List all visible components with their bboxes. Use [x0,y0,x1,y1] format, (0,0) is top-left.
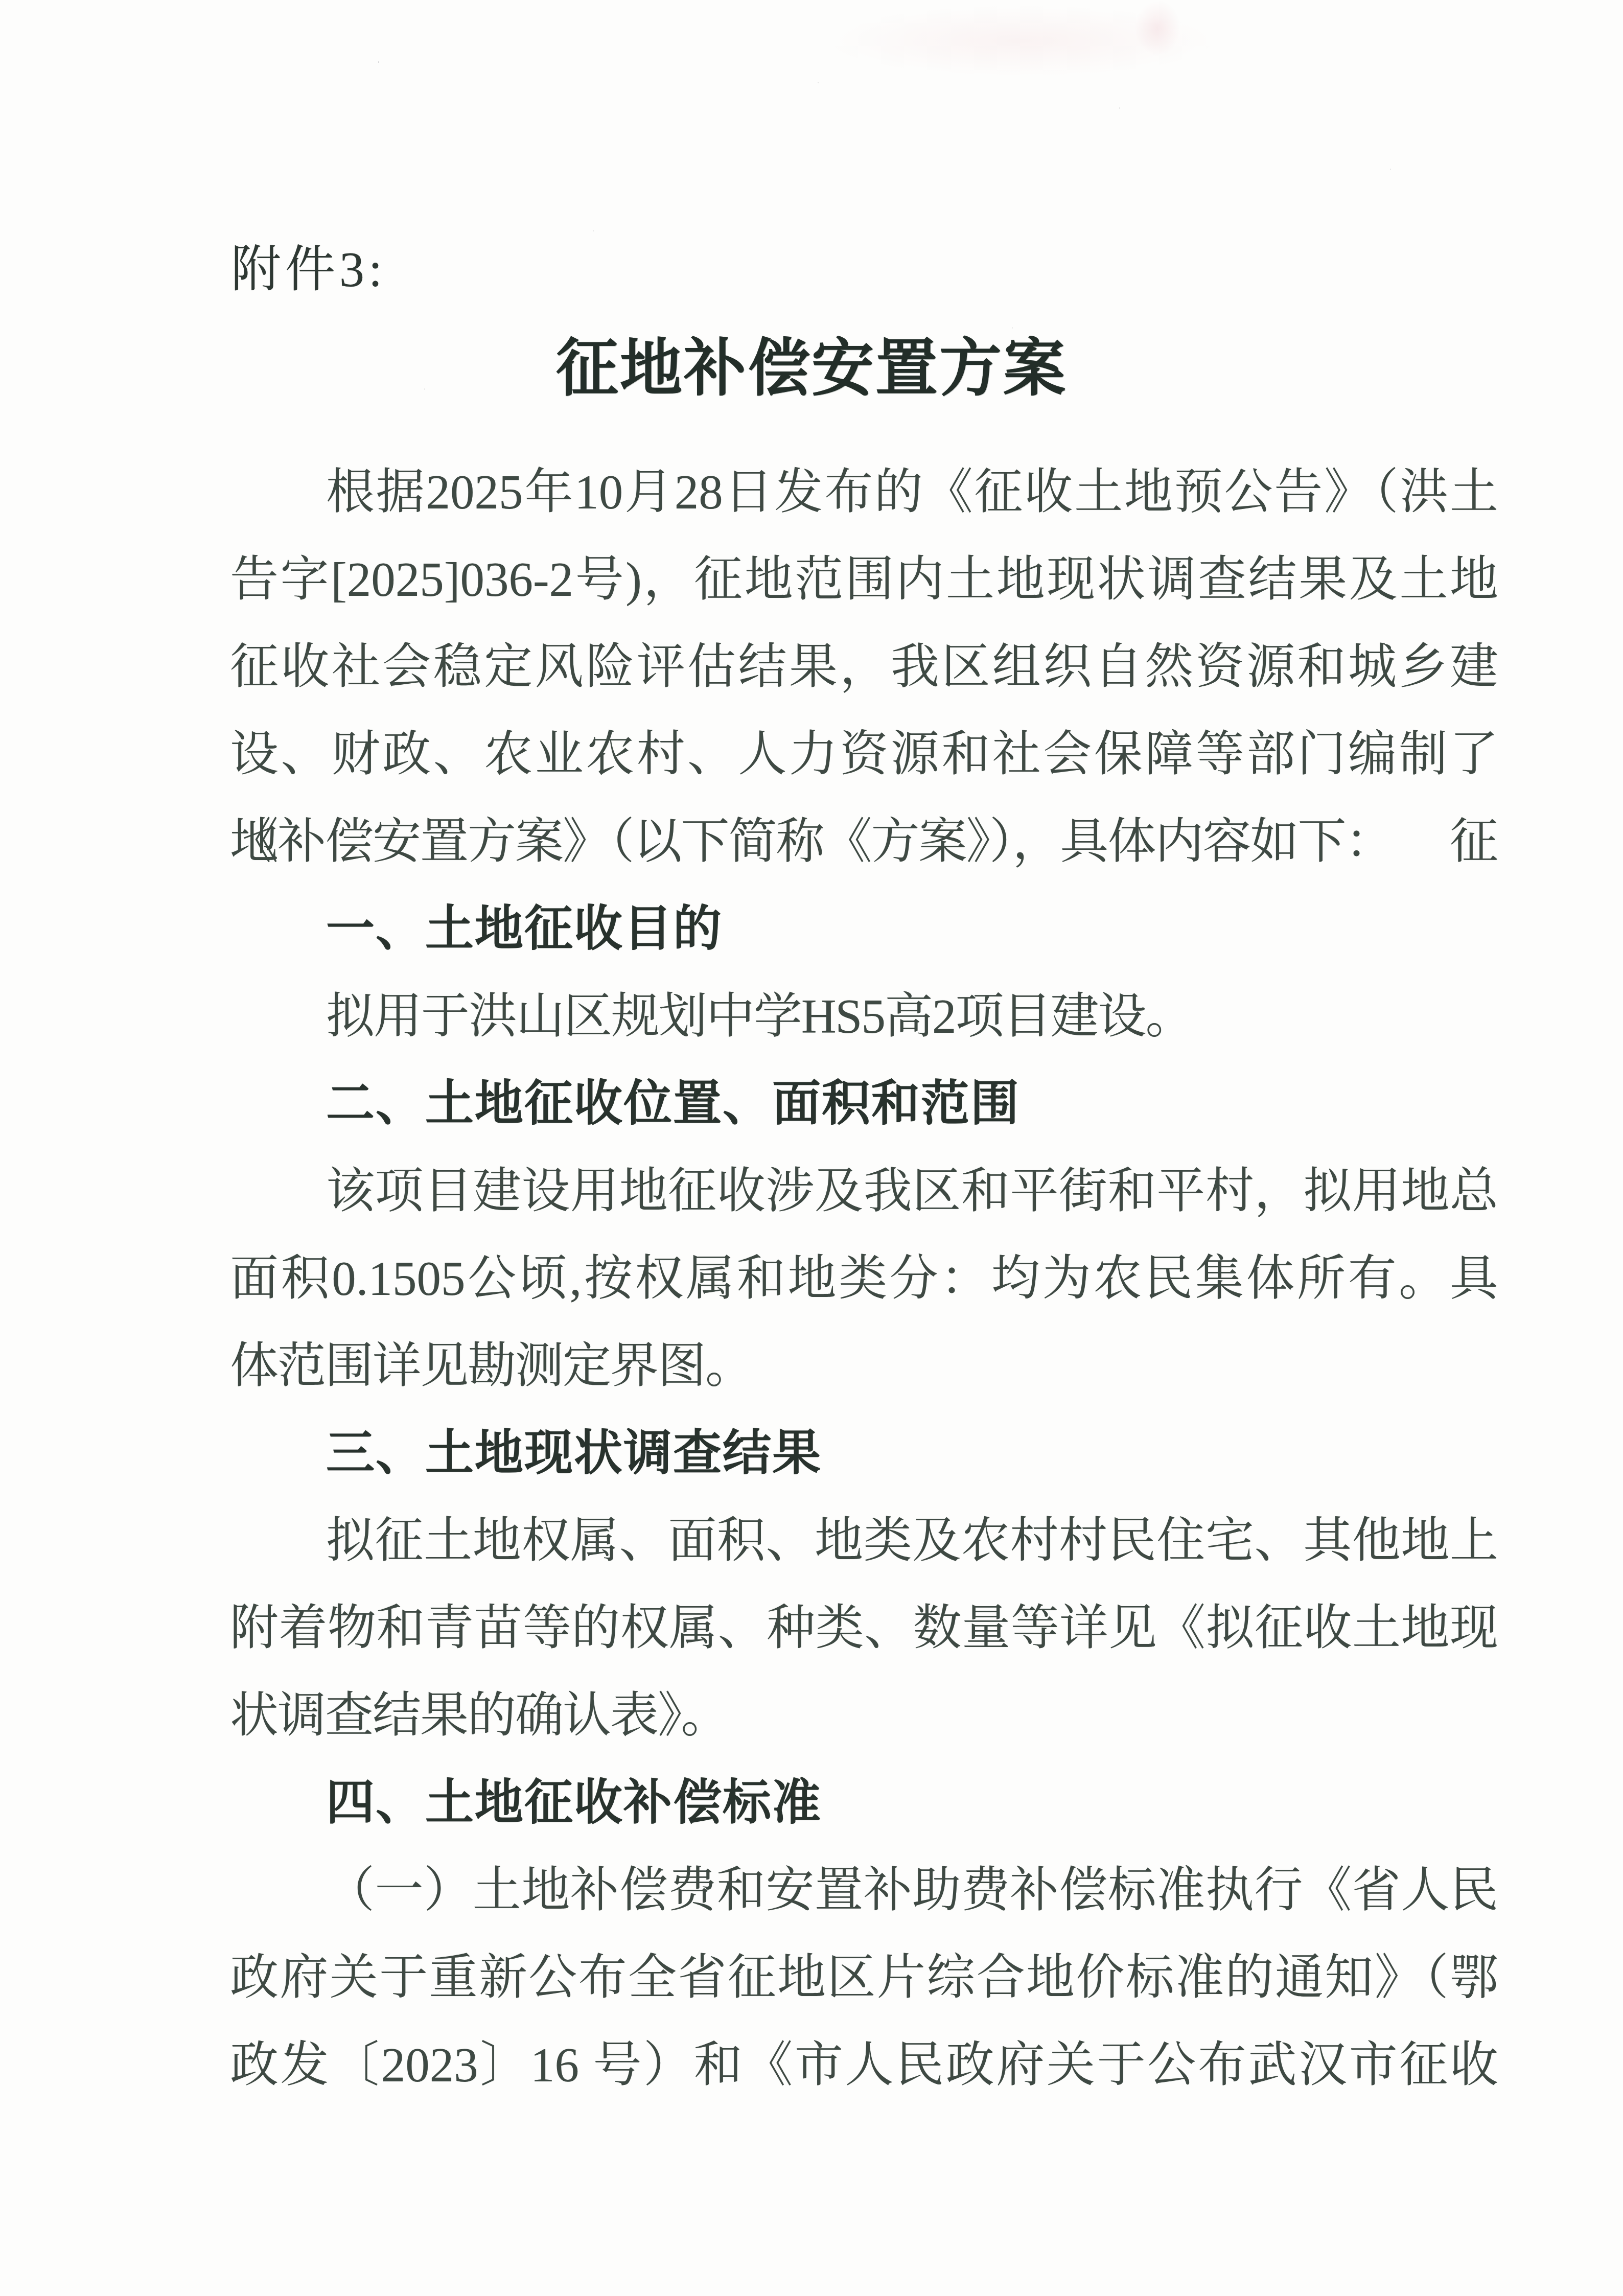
doc-line: 政府关于重新公布全省征地区片综合地价标准的通知》（鄂 [230,1934,1498,2022]
doc-line: 拟用于洪山区规划中学HS5高2项目建设。 [230,973,1498,1060]
doc-line: 拟征土地权属、面积、地类及农村村民住宅、其他地上 [230,1497,1498,1585]
section-heading-4: 四、土地征收补偿标准 [230,1759,1498,1847]
scanned-document-page: 附件3: 征地补偿安置方案 根据2025年10月28日发布的《征收土地预公告》（… [0,0,1623,2296]
page-title: 征地补偿安置方案 [0,318,1623,407]
scan-smudge [1134,0,1180,56]
section-heading-3: 三、土地现状调查结果 [230,1410,1498,1497]
doc-line: 附着物和青苗等的权属、种类、数量等详见《拟征收土地现 [230,1585,1498,1672]
attachment-label: 附件3: [231,229,386,301]
doc-line: 政发〔2023〕16 号）和《市人民政府关于公布武汉市征收 [230,2022,1498,2109]
document-body: 根据2025年10月28日发布的《征收土地预公告》（洪土 告字[2025]036… [230,449,1498,2109]
doc-line: 设、财政、农业农村、人力资源和社会保障等部门编制了《征 [230,711,1498,798]
doc-line: 该项目建设用地征收涉及我区和平街和平村，拟用地总 [230,1148,1498,1235]
section-heading-1: 一、土地征收目的 [230,886,1498,973]
doc-line: 告字[2025]036-2号)，征地范围内土地现状调查结果及土地 [230,536,1498,623]
doc-line: 体范围详见勘测定界图。 [230,1323,1498,1410]
doc-line: 面积0.1505公顷,按权属和地类分：均为农民集体所有。具 [230,1235,1498,1323]
doc-line: 地补偿安置方案》（以下简称《方案》），具体内容如下： [230,798,1498,886]
doc-line: 征收社会稳定风险评估结果，我区组织自然资源和城乡建 [230,623,1498,711]
scan-specks [378,61,379,63]
doc-line: （一）土地补偿费和安置补助费补偿标准执行《省人民 [230,1847,1498,1934]
doc-line: 状调查结果的确认表》。 [230,1672,1498,1759]
doc-line: 根据2025年10月28日发布的《征收土地预公告》（洪土 [230,449,1498,536]
section-heading-2: 二、土地征收位置、面积和范围 [230,1060,1498,1148]
